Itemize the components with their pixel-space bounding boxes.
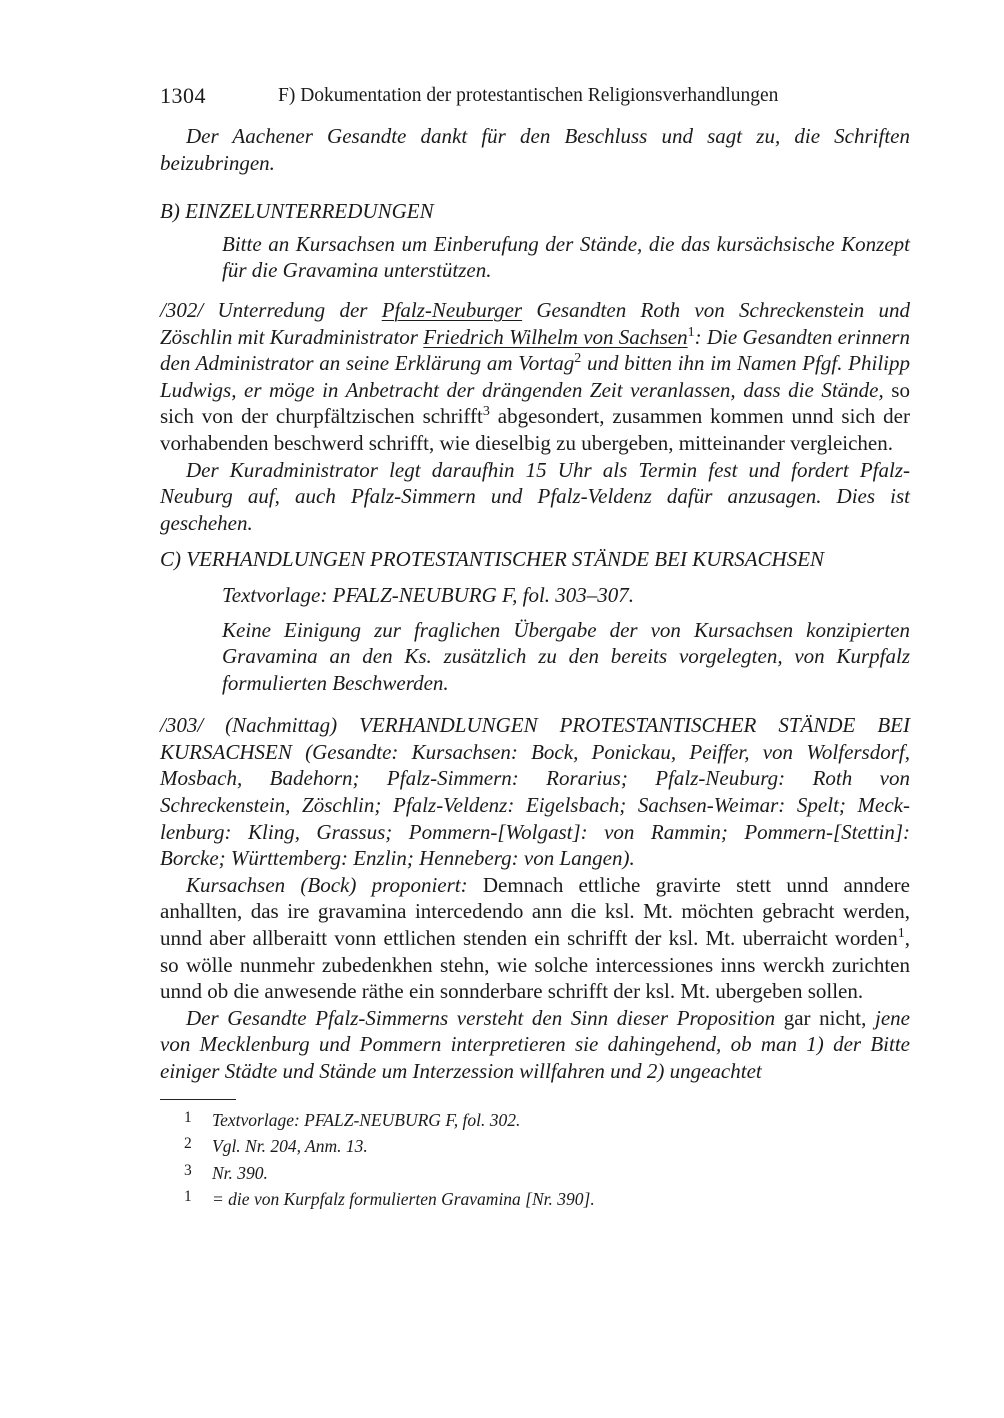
- footnotes-block: 1 Textvorlage: PFALZ-NEUBURG F, fol. 302…: [160, 1107, 910, 1213]
- footnote-marker: 3: [184, 1158, 192, 1185]
- paragraph-aachen-summary: Der Aachener Gesandte dankt für den Besc…: [160, 123, 910, 176]
- footnote-marker: 2: [184, 1131, 192, 1158]
- section-b-summary: Bitte an Kursachsen um Einberufung der S…: [222, 231, 910, 284]
- footnote-reference: 1: [898, 926, 905, 941]
- paragraph-termin: Der Kuradministrator legt daraufhin 15 U…: [160, 457, 910, 537]
- footnote-marker: 1: [184, 1184, 192, 1211]
- text-column: 1304 F) Dokumentation der protestantisch…: [160, 83, 910, 1213]
- footnote-text: Vgl. Nr. 204, Anm. 13.: [212, 1136, 368, 1156]
- page-number: 1304: [160, 83, 206, 109]
- footnote-text: = die von Kurpfalz formulierten Gravamin…: [212, 1189, 595, 1209]
- footnote: 2 Vgl. Nr. 204, Anm. 13.: [160, 1133, 910, 1160]
- text-segment: /302/ Unterredung der: [160, 298, 382, 322]
- section-heading-c: C) VERHANDLUNGEN PROTESTANTISCHER STÄNDE…: [160, 546, 910, 573]
- text-segment: Pfalz-Neuburger: [382, 298, 522, 322]
- footnote-reference: 3: [483, 404, 490, 419]
- footnote-reference: 1: [688, 325, 695, 340]
- book-page: 1304 F) Dokumentation der protestantisch…: [0, 0, 1004, 1418]
- page-header: 1304 F) Dokumentation der protestantisch…: [160, 83, 910, 110]
- text-segment: Friedrich Wilhelm von Sachsen: [423, 325, 687, 349]
- text-segment: Kursachsen (Bock) proponiert:: [186, 873, 468, 897]
- text-segment: gar nicht,: [775, 1006, 866, 1030]
- section-c-summary: Keine Einigung zur fraglichen Übergabe d…: [222, 617, 910, 697]
- footnote-separator-rule: [160, 1099, 236, 1100]
- paragraph-302: /302/ Unterredung der Pfalz-Neuburger Ge…: [160, 297, 910, 457]
- footnote-marker: 1: [184, 1105, 192, 1132]
- paragraph-303: /303/ (Nachmittag) VERHANDLUNGEN PROTEST…: [160, 712, 910, 872]
- footnote-text: Textvorlage: PFALZ-NEUBURG F, fol. 302.: [212, 1110, 520, 1130]
- textvorlage-note: Textvorlage: PFALZ-NEUBURG F, fol. 303–3…: [222, 582, 910, 609]
- footnote: 3 Nr. 390.: [160, 1160, 910, 1187]
- footnote: 1 Textvorlage: PFALZ-NEUBURG F, fol. 302…: [160, 1107, 910, 1134]
- running-header: F) Dokumentation der protestantischen Re…: [278, 85, 778, 107]
- footnote: 1 = die von Kurpfalz formulierten Gravam…: [160, 1186, 910, 1213]
- paragraph-simmern-response: Der Gesandte Pfalz-Simmerns versteht den…: [160, 1005, 910, 1085]
- text-segment: Der Gesandte Pfalz-Simmerns versteht den…: [186, 1006, 775, 1030]
- paragraph-bock-proposition: Kursachsen (Bock) proponiert: Demnach et…: [160, 872, 910, 1005]
- footnote-text: Nr. 390.: [212, 1163, 268, 1183]
- section-heading-b: B) EINZELUNTERREDUNGEN: [160, 198, 910, 225]
